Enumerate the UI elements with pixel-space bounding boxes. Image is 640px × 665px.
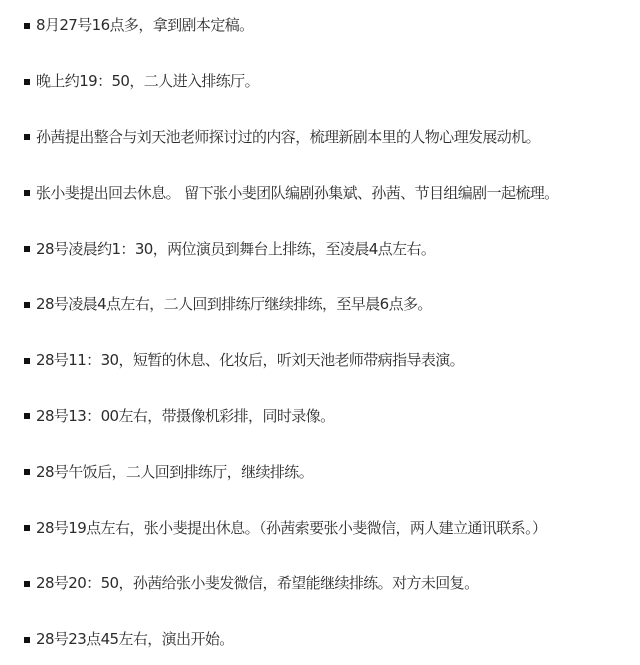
square-bullet-icon — [24, 469, 30, 475]
timeline-item-text: 孙茜提出整合与刘天池老师探讨过的内容，梳理新剧本里的人物心理发展动机。 — [36, 126, 540, 147]
square-bullet-icon — [24, 302, 30, 308]
square-bullet-icon — [24, 246, 30, 252]
timeline-item-text: 28号20：50，孙茜给张小斐发微信，希望能继续排练。对方未回复。 — [36, 572, 478, 593]
square-bullet-icon — [24, 413, 30, 419]
timeline-item-text: 28号13：00左右，带摄像机彩排，同时录像。 — [36, 405, 334, 426]
timeline-item: 28号23点45左右，演出开始。 — [24, 611, 634, 665]
timeline-item: 8月27号16点多，拿到剧本定稿。 — [24, 0, 634, 53]
timeline-item-text: 28号11：30，短暂的休息、化妆后，听刘天池老师带病指导表演。 — [36, 349, 464, 370]
timeline-item-text: 28号23点45左右，演出开始。 — [36, 628, 234, 649]
square-bullet-icon — [24, 581, 30, 587]
square-bullet-icon — [24, 190, 30, 196]
timeline-item: 张小斐提出回去休息。 留下张小斐团队编剧孙集斌、孙茜、节目组编剧一起梳理。 — [24, 164, 634, 220]
square-bullet-icon — [24, 525, 30, 531]
timeline-item: 晚上约19：50，二人进入排练厅。 — [24, 53, 634, 109]
timeline-item: 孙茜提出整合与刘天池老师探讨过的内容，梳理新剧本里的人物心理发展动机。 — [24, 109, 634, 165]
timeline-item: 28号19点左右，张小斐提出休息。（孙茜索要张小斐微信，两人建立通讯联系。） — [24, 499, 634, 555]
square-bullet-icon — [24, 79, 30, 85]
square-bullet-icon — [24, 134, 30, 140]
timeline-item: 28号11：30，短暂的休息、化妆后，听刘天池老师带病指导表演。 — [24, 332, 634, 388]
square-bullet-icon — [24, 23, 30, 29]
timeline-item-text: 8月27号16点多，拿到剧本定稿。 — [36, 14, 254, 35]
timeline-item: 28号20：50，孙茜给张小斐发微信，希望能继续排练。对方未回复。 — [24, 555, 634, 611]
timeline-item-text: 28号凌晨4点左右，二人回到排练厅继续排练，至早晨6点多。 — [36, 293, 432, 314]
timeline-item-text: 28号19点左右，张小斐提出休息。（孙茜索要张小斐微信，两人建立通讯联系。） — [36, 517, 546, 538]
timeline-item: 28号13：00左右，带摄像机彩排，同时录像。 — [24, 388, 634, 444]
square-bullet-icon — [24, 358, 30, 364]
timeline-item-text: 晚上约19：50，二人进入排练厅。 — [36, 70, 259, 91]
timeline-item: 28号凌晨约1：30，两位演员到舞台上排练，至凌晨4点左右。 — [24, 220, 634, 276]
timeline-item: 28号午饭后，二人回到排练厅，继续排练。 — [24, 443, 634, 499]
timeline-list: 8月27号16点多，拿到剧本定稿。 晚上约19：50，二人进入排练厅。 孙茜提出… — [24, 0, 634, 665]
timeline-item-text: 28号午饭后，二人回到排练厅，继续排练。 — [36, 461, 313, 482]
square-bullet-icon — [24, 637, 30, 643]
timeline-item-text: 28号凌晨约1：30，两位演员到舞台上排练，至凌晨4点左右。 — [36, 238, 435, 259]
timeline-item: 28号凌晨4点左右，二人回到排练厅继续排练，至早晨6点多。 — [24, 276, 634, 332]
timeline-item-text: 张小斐提出回去休息。 留下张小斐团队编剧孙集斌、孙茜、节目组编剧一起梳理。 — [36, 182, 559, 203]
